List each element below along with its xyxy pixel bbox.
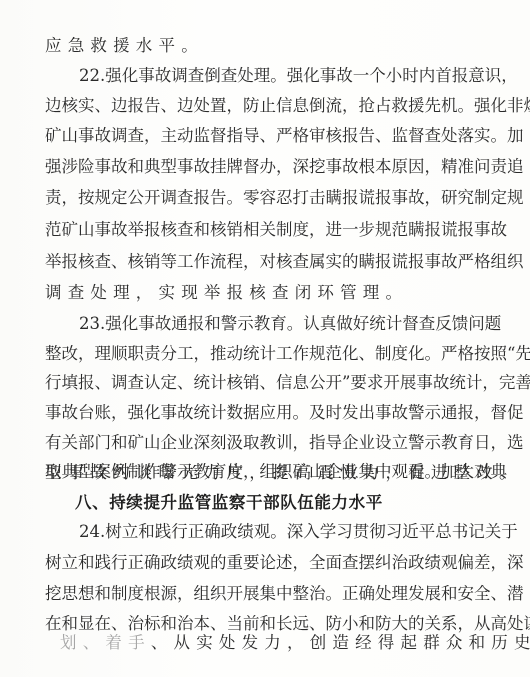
item-23-title-line: 23.强化事故通报和警示教育。认真做好统计督查反馈问题 [79,312,473,336]
item-22-title-line: 22.强化事故调查倒查处理。强化事故一个小时内首报意识， [79,64,473,88]
paragraph-line: 责，按规定公开调查报告。零容忍打击瞒报谎报事故，研究制定规 [45,186,473,210]
degraded-text: 划、着手 [60,633,151,652]
paragraph-line: 树立和践行正确政绩观的重要论述，全面查摆纠治政绩观偏差，深 [45,551,473,575]
section-heading: 八、持续提升监管监察干部队伍能力水平 [75,491,383,515]
document-page: 应急救援水平。 22.强化事故调查倒查处理。强化事故一个小时内首报意识， 边核实… [0,0,530,677]
paragraph-line: 调查处理，实现举报核查闭环管理。 [45,281,473,305]
paragraph-line: 举报核查、核销等工作流程，对核查属实的瞒报谎报事故严格组织 [45,250,473,274]
paragraph-line: 事故台账，强化事故统计数据应用。及时发出事故警示通报，督促 [45,401,473,425]
item-24-title-line: 24.树立和践行正确政绩观。深入学习贯彻习近平总书记关于 [79,520,473,544]
paragraph-line: 范矿山事故举报核查和核销相关制度，进一步规范瞒报谎报事故 [45,218,473,242]
paragraph-line: 有关部门和矿山企业深刻汲取教训，指导企业设立警示教育日，选 [45,431,473,455]
paragraph-line: 应急救援水平。 [45,34,473,58]
paragraph-line: 整改，理顺职责分工，推动统计工作规范化、制度化。严格按照“先 [45,342,473,366]
paragraph-line: 挖思想和制度根源，组织开展集中整治。正确处理发展和安全、潜 [45,582,473,606]
paragraph-line: 矿山事故调查，主动监督指导、严格审核报告、监督查处落实。加 [45,124,473,148]
paragraph-line: 强涉险事故和典型事故挂牌督办，深挖事故根本原因，精准问责追 [45,155,473,179]
paragraph-line: 边核实、边报告、边处置，防止信息倒流，抢占救援先机。强化非煤 [45,94,473,118]
paragraph-line-type-event: 型事故约谈曝光力度，提高震慑力，促进整改。 [45,461,473,485]
last-line-text: 、从实处发力，创造经得起群众和历史检验的实绩。 [151,633,530,652]
paragraph-last-line: 划、着手、从实处发力，创造经得起群众和历史检验的实绩。 [60,631,473,655]
paragraph-line: 行填报、调查认定、统计核销、信息公开”要求开展事故统计，完善 [45,371,473,395]
